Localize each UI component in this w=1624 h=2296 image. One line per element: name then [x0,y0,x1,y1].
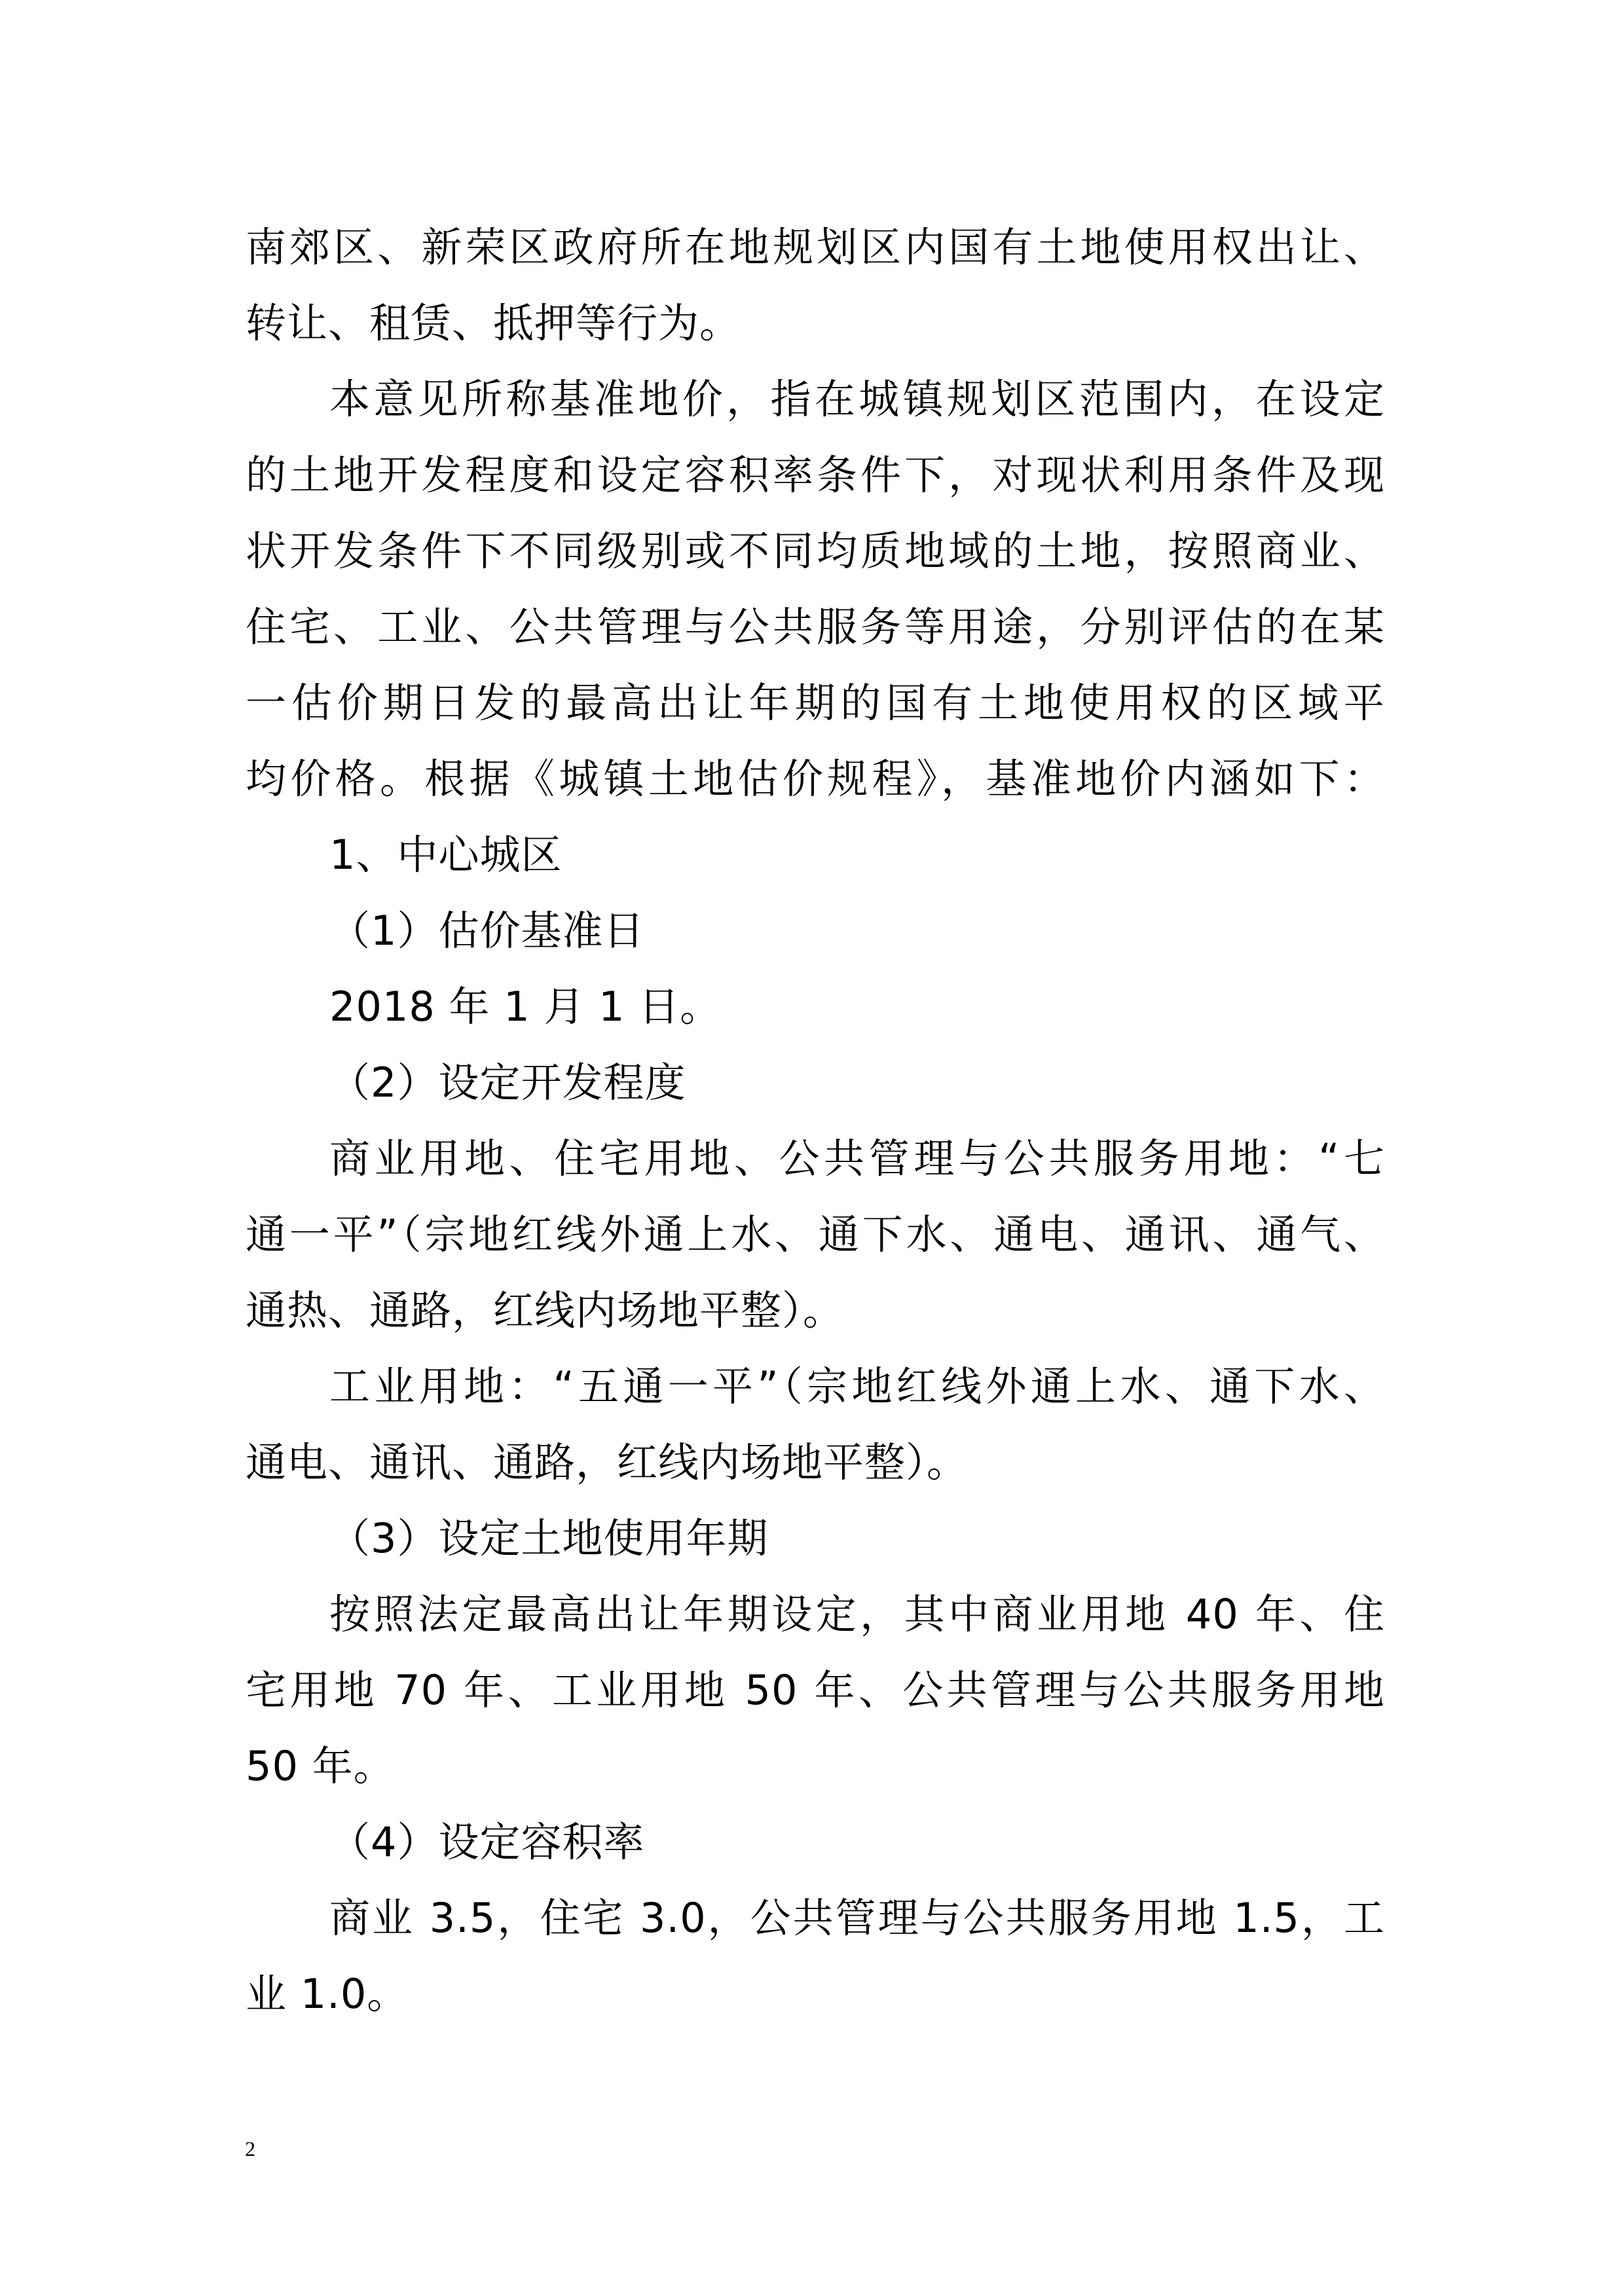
paragraph-line: 南郊区、新荣区政府所在地规划区内国有土地使用权出让、 [246,210,1385,285]
paragraph-line: 转让、租赁、抵押等行为。 [246,285,741,361]
page-number: 2 [245,2136,255,2162]
subsection-heading: （2）设定开发程度 [329,1045,686,1121]
subsection-heading: （4）设定容积率 [329,1804,644,1880]
paragraph-line: 均价格。根据《城镇土地估价规程》，基准地价内涵如下： [246,741,1385,817]
paragraph-line: 工业用地：“五通一平”（宗地红线外通上水、通下水、 [329,1349,1385,1425]
section-heading: 1、中心城区 [329,817,562,893]
subsection-heading: （1）估价基准日 [329,893,644,969]
paragraph-line: 通一平”（宗地红线外通上水、通下水、通电、通讯、通气、 [246,1197,1385,1273]
document-page: 南郊区、新荣区政府所在地规划区内国有土地使用权出让、 转让、租赁、抵押等行为。 … [0,0,1624,2296]
paragraph-line: 业 1.0。 [246,1956,408,2032]
paragraph-line: 状开发条件下不同级别或不同均质地域的土地，按照商业、 [246,513,1385,589]
paragraph-line: 住宅、工业、公共管理与公共服务等用途，分别评估的在某 [246,589,1385,665]
paragraph-line: 本意见所称基准地价，指在城镇规划区范围内，在设定 [329,361,1385,437]
paragraph-line: 50 年。 [246,1728,395,1804]
paragraph-line: 通热、通路，红线内场地平整）。 [246,1273,844,1349]
paragraph-line: 商业 3.5，住宅 3.0，公共管理与公共服务用地 1.5，工 [329,1880,1385,1956]
paragraph-line: 通电、通讯、通路，红线内场地平整）。 [246,1425,968,1501]
paragraph-line: 商业用地、住宅用地、公共管理与公共服务用地：“七 [329,1121,1385,1197]
paragraph-line: 2018 年 1 月 1 日。 [329,969,721,1045]
paragraph-line: 一估价期日发的最高出让年期的国有土地使用权的区域平 [246,665,1385,741]
paragraph-line: 按照法定最高出让年期设定，其中商业用地 40 年、住 [329,1576,1385,1652]
paragraph-line: 宅用地 70 年、工业用地 50 年、公共管理与公共服务用地 [246,1652,1385,1728]
subsection-heading: （3）设定土地使用年期 [329,1501,768,1576]
paragraph-line: 的土地开发程度和设定容积率条件下，对现状利用条件及现 [246,437,1385,513]
